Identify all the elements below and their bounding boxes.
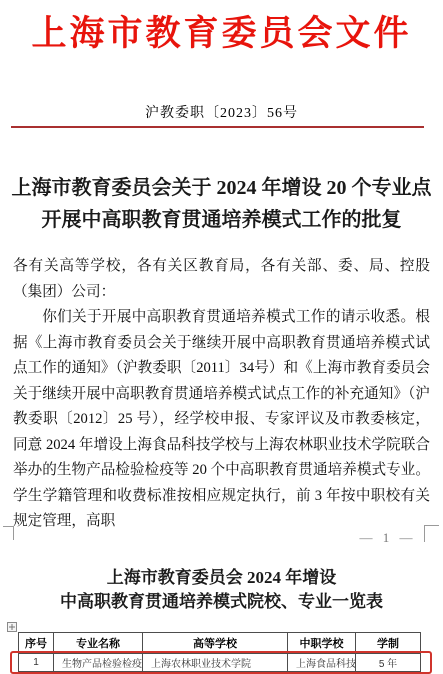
document-title: 上海市教育委员会关于 2024 年增设 20 个专业点 开展中高职教育贯通培养模… <box>0 172 443 236</box>
red-divider-line <box>11 126 424 128</box>
cell-major-name: 生物产品检验检疫 <box>54 654 143 672</box>
table-row: 1 生物产品检验检疫 上海农林职业技术学院 上海食品科技学校 5 年 <box>19 654 421 672</box>
document-body: 各有关高等学校，各有关区教育局，各有关部、委、局、控股（集团）公司： 你们关于开… <box>13 254 430 535</box>
table-move-handle-icon[interactable] <box>7 622 17 632</box>
crop-mark-left-icon <box>3 526 14 540</box>
document-title-line1: 上海市教育委员会关于 2024 年增设 20 个专业点 <box>0 172 443 204</box>
header-serial-number: 序号 <box>19 633 54 654</box>
document-page: { "page1": { "header_title": "上海市教育委员会文件… <box>0 0 443 674</box>
annex-table-title: 上海市教育委员会 2024 年增设 中高职教育贯通培养模式院校、专业一览表 <box>0 566 443 614</box>
annex-table-title-line1: 上海市教育委员会 2024 年增设 <box>0 566 443 590</box>
annex-table-title-line2: 中高职教育贯通培养模式院校、专业一览表 <box>0 590 443 614</box>
salutation-paragraph: 各有关高等学校，各有关区教育局，各有关部、委、局、控股（集团）公司： <box>13 254 430 305</box>
header-secondary-school: 中职学校 <box>288 633 356 654</box>
cell-secondary-school: 上海食品科技学校 <box>288 654 356 672</box>
table-header-row: 序号 专业名称 高等学校 中职学校 学制 <box>19 633 421 654</box>
cell-serial-number: 1 <box>19 654 54 672</box>
header-higher-school: 高等学校 <box>143 633 288 654</box>
cell-duration: 5 年 <box>356 654 421 672</box>
header-major-name: 专业名称 <box>54 633 143 654</box>
majors-table[interactable]: 序号 专业名称 高等学校 中职学校 学制 1 生物产品检验检疫 上海农林职业技术… <box>18 632 421 674</box>
document-number: 沪教委职〔2023〕56号 <box>0 102 443 122</box>
cell-higher-school: 上海农林职业技术学院 <box>143 654 288 672</box>
document-title-line2: 开展中高职教育贯通培养模式工作的批复 <box>0 204 443 236</box>
header-duration: 学制 <box>356 633 421 654</box>
crop-mark-right-icon <box>424 525 439 542</box>
page-number: — 1 — <box>348 530 424 546</box>
document-header-title: 上海市教育委员会文件 <box>0 6 443 56</box>
main-paragraph: 你们关于开展中高职教育贯通培养模式工作的请示收悉。根据《上海市教育委员会关于继续… <box>13 305 430 535</box>
